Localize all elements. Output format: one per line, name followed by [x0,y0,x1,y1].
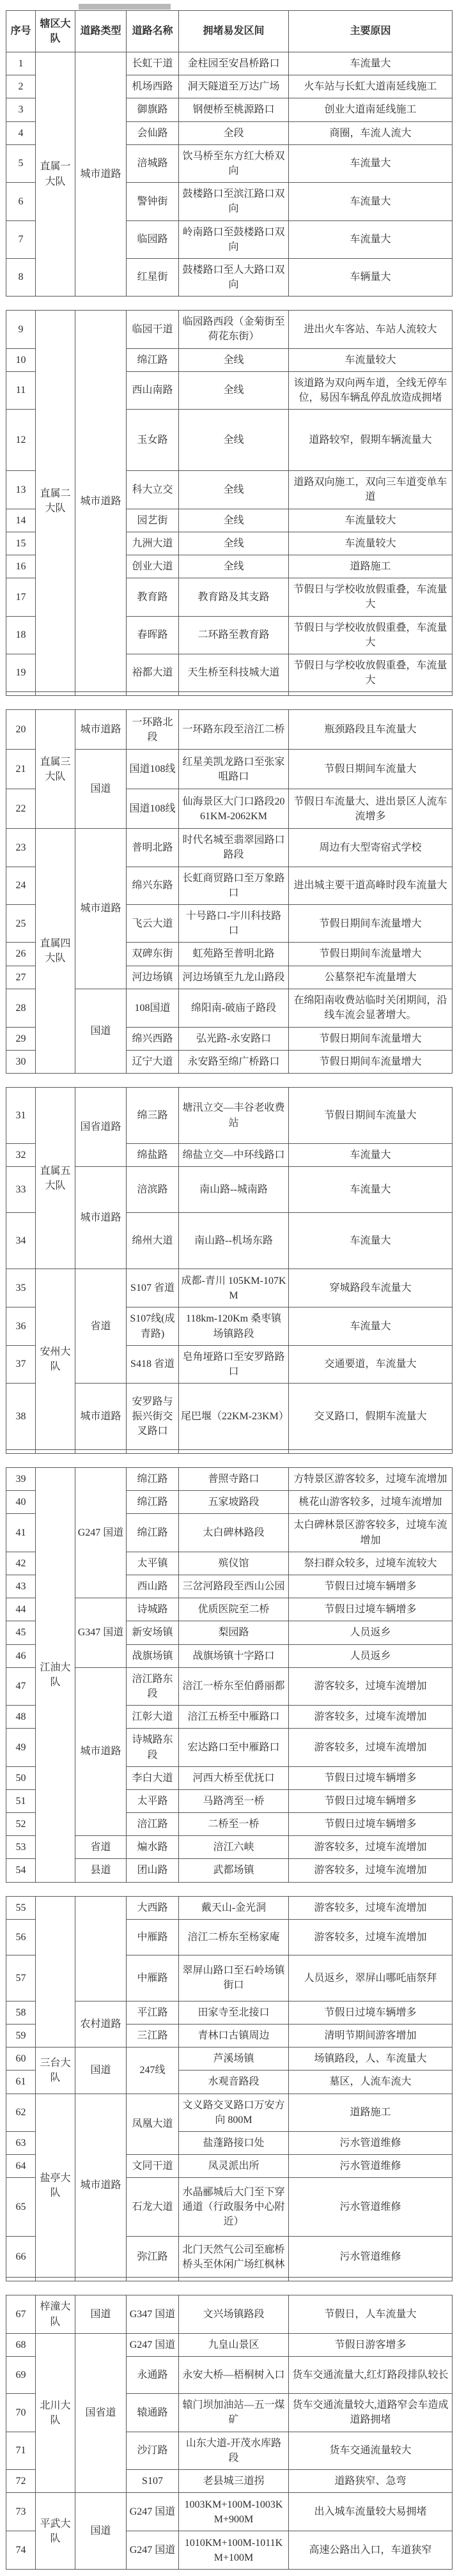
cell-road-name: 普明北路 [127,829,179,867]
cell-section: 南山路--城南路 [179,1167,289,1213]
empty-cell [127,2278,179,2281]
cell-reason: 道路狭窄、急弯 [289,2470,453,2493]
cell-reason: 场镇路段，人、车流量大 [289,2048,453,2071]
cell-no: 13 [6,471,36,509]
table-row: 73平武大队国道G247 国道1003KM+100M-1003KM+900M出入… [6,2493,453,2531]
cell-road-name: 涪滨路 [127,1167,179,1213]
cell-road-name: 科大立交 [127,471,179,509]
cell-no: 20 [6,710,36,750]
tables-container: 序号辖区大队道路类型道路名称拥堵易发区间主要原因1直属一大队城市道路长虹干道金柱… [6,10,457,2570]
congestion-report: 序号辖区大队道路类型道路名称拥堵易发区间主要原因1直属一大队城市道路长虹干道金柱… [0,0,457,2576]
cell-section: 全线 [179,509,289,532]
cell-reason: 方特景区游客较多，过境车流增加 [289,1468,453,1491]
cell-road-name: 飞云大道 [127,905,179,943]
cell-reason: 该道路为双向两车道，全线无停车位，易因车辆乱停乱放造成拥堵 [289,371,453,409]
cell-section: 塘汛立交—丰谷老收费站 [179,1088,289,1144]
cell-section: 三岔河路段至西山公园 [179,1575,289,1598]
cell-section: 1003KM+100M-1003KM+900M [179,2493,289,2531]
cell-section: 虹苑路至普明北路 [179,943,289,966]
cell-section: 尾巴堰（22KM-23KM） [179,1384,289,1450]
empty-cell [6,2278,36,2281]
cell-reason: 桃花山游客较多，过境车流增加 [289,1491,453,1514]
cell-type: 国省道路 [75,1088,127,1167]
cell-brigade: 直属二大队 [36,311,75,692]
cell-type: 城市道路 [75,311,127,692]
cell-reason: 人员返乡 [289,1644,453,1667]
cell-road-name: 裕都大道 [127,654,179,691]
cell-reason: 节假日游客增多 [289,2333,453,2356]
cell-brigade: 直属一大队 [36,52,75,297]
cell-road-name: 涪江路东段 [127,1667,179,1705]
cell-no: 6 [6,183,36,220]
cell-section: 绵阳南-破庙子路段 [179,989,289,1027]
cell-section: 凤灵派出所 [179,2155,289,2178]
cell-reason: 货车交通流量大,红灯路段排队较长 [289,2356,453,2393]
cell-road-name: 中雁路 [127,1955,179,2001]
empty-cell [75,1450,127,1454]
cell-no: 30 [6,1050,36,1073]
cell-section: 芦溪场镇 [179,2048,289,2071]
cell-no: 59 [6,2025,36,2048]
cell-no: 73 [6,2493,36,2531]
cell-section: 山东大道-开茂水库路段 [179,2432,289,2469]
cell-section: 优质医院至二桥 [179,1598,289,1621]
cell-section: 金柱园至安昌桥路口 [179,52,289,75]
cell-no: 15 [6,532,36,555]
cell-no: 42 [6,1552,36,1575]
cell-no: 67 [6,2295,36,2333]
empty-tail-row [6,2278,453,2281]
cell-road-name: 诗城路东段 [127,1729,179,1766]
cell-section: 北门天然气公司至廊桥桥头至休闲广场红枫林 [179,2237,289,2278]
cell-no: 3 [6,98,36,121]
cell-no: 65 [6,2178,36,2237]
cell-road-name: 太平路 [127,1789,179,1812]
cell-reason: 游客较多，过境车流增加 [289,1896,453,1919]
cell-section: 饮马桥至东方红大桥双向 [179,144,289,182]
cell-no: 18 [6,616,36,654]
cell-reason: 节假日与学校收放假重叠，车流量大 [289,654,453,691]
column-header: 主要原因 [289,11,453,52]
cell-section: 岭南路口至鼓楼路口双向 [179,220,289,258]
cell-road-name: 国道108线 [127,750,179,789]
cell-road-name: 绵州大道 [127,1213,179,1269]
cell-reason: 污水管道维修 [289,2131,453,2154]
cell-section: 时代名城至翡翠园路口路段 [179,829,289,867]
cell-section: 全线 [179,555,289,578]
cell-reason: 车流量大 [289,144,453,182]
empty-cell [289,2278,453,2281]
cell-road-name: 西山路 [127,1575,179,1598]
column-header: 道路名称 [127,11,179,52]
cell-reason: 节假日期间车流量大 [289,1088,453,1144]
empty-cell [127,1450,179,1454]
cell-section: 全段 [179,121,289,144]
cell-section: 全线 [179,532,289,555]
cell-reason: 游客较多，过境车流增加 [289,1919,453,1955]
cell-reason: 节假日过境车辆增多 [289,1766,453,1789]
cell-no: 68 [6,2333,36,2356]
cell-section: 戴天山-金光洞 [179,1896,289,1919]
empty-cell [127,692,179,696]
cell-no: 52 [6,1813,36,1836]
cell-type: 国道 [75,2048,127,2094]
cell-road-name: 春晖路 [127,616,179,654]
cell-road-name: G347 国道 [127,2295,179,2333]
cell-type: 国道 [75,2493,127,2570]
cell-section: 梨园路 [179,1621,289,1644]
cell-road-name: 江彰大道 [127,1706,179,1729]
cell-type: 国道 [75,989,127,1073]
cell-road-name: 247线 [127,2048,179,2094]
cell-reason: 节假日过境车辆增多 [289,2001,453,2024]
cell-no: 32 [6,1144,36,1167]
empty-cell [6,1450,36,1454]
cell-section: 青林口古镇周边 [179,2025,289,2048]
cell-no: 23 [6,829,36,867]
cell-no: 34 [6,1213,36,1269]
cell-brigade: 平武大队 [36,2493,75,2570]
cell-no: 63 [6,2131,36,2154]
cell-reason: 车流量大 [289,1144,453,1167]
cell-brigade: 盐亭大队 [36,2094,75,2278]
cell-reason: 车流量大 [289,183,453,220]
cell-section: 殡仪馆 [179,1552,289,1575]
column-header: 拥堵易发区间 [179,11,289,52]
cell-road-name: 李白大道 [127,1766,179,1789]
cell-reason: 污水管道维修 [289,2178,453,2237]
cell-section: 教育路及其支路 [179,578,289,616]
empty-tail-row [6,692,453,696]
cell-road-name: 绵三路 [127,1088,179,1144]
cell-reason: 车流量较大 [289,532,453,555]
cell-road-name: 临园干道 [127,311,179,348]
cell-section: 武都场镇 [179,1859,289,1882]
cell-brigade: 安州大队 [36,1269,75,1450]
cell-type: 省道 [75,1269,127,1384]
cell-no: 5 [6,144,36,182]
cell-reason: 商圈，车流人流大 [289,121,453,144]
cell-no: 71 [6,2432,36,2469]
table-row: 9直属二大队城市道路临园干道临园路西段（金菊街至荷花东街）进出火车客站、车站人流… [6,311,453,348]
cell-road-name: 团山路 [127,1859,179,1882]
cell-no: 7 [6,220,36,258]
cell-section: 涪江二桥东至杨家庵 [179,1919,289,1955]
cell-reason: 节假日期间车流量大 [289,750,453,789]
cell-road-name: 凤凰大道 [127,2094,179,2155]
cell-road-name: 绵江路 [127,1514,179,1552]
cell-type: G247 国道 [75,1468,127,1598]
cell-section: 九皇山景区 [179,2333,289,2356]
cell-road-name: 煸水路 [127,1836,179,1859]
empty-cell [36,1450,75,1454]
cell-reason: 祭扫群众较多，过境车流较大 [289,1552,453,1575]
cell-reason: 游客较多，过境车流增加 [289,1836,453,1859]
cell-road-name: S107 省道 [127,1269,179,1307]
cell-no: 4 [6,121,36,144]
cell-reason: 公墓祭祀车流量增大 [289,966,453,989]
cell-section: 五家坡路段 [179,1491,289,1514]
cell-section: 全线 [179,410,289,471]
cell-type: 县道 [75,1859,127,1882]
congestion-table-2: 9直属二大队城市道路临园干道临园路西段（金菊街至荷花东街）进出火车客站、车站人流… [6,310,453,696]
cell-reason: 车流量大 [289,1213,453,1269]
cell-reason: 节假日过境车辆增多 [289,1789,453,1812]
cell-no: 1 [6,52,36,75]
congestion-table-7: 67梓潼大队国道G347 国道文兴场镇路段节假日，人车流量大68北川大队国省道G… [6,2295,453,2570]
cell-section: 仙海景区大门口路段2061KM-2062KM [179,789,289,829]
cell-section: 辕门坝加油站—五一煤矿 [179,2393,289,2432]
cell-no: 25 [6,905,36,943]
cell-no: 64 [6,2155,36,2178]
cell-road-name: 绵兴东路 [127,867,179,904]
cell-type: G347 国道 [75,1598,127,1668]
cell-reason: 火车站与长虹大道南延线施工 [289,75,453,98]
cell-section: 涪江六峡 [179,1836,289,1859]
cell-type: 国道 [75,750,127,829]
cell-road-name: G247 国道 [127,2531,179,2570]
cell-section: 永安大桥—梧桐树入口 [179,2356,289,2393]
cell-road-name: 临园路 [127,220,179,258]
table-row: 62盐亭大队城市道路凤凰大道文义路交叉路口万安方向 800M道路施工 [6,2094,453,2131]
cell-reason: 交通要道，车流量大 [289,1345,453,1383]
cell-reason: 进出火车客站、车站人流较大 [289,311,453,348]
empty-cell [179,692,289,696]
cell-reason: 车流量较大 [289,348,453,371]
empty-cell [75,2278,127,2281]
cell-road-name: 中雁路 [127,1919,179,1955]
cell-road-name: 绵江路 [127,1468,179,1491]
cell-no: 36 [6,1307,36,1345]
cell-no: 66 [6,2237,36,2278]
cell-no: 51 [6,1789,36,1812]
cell-type [75,1896,127,2001]
cell-reason: 周边有大型寄宿式学校 [289,829,453,867]
cell-section: 全线 [179,371,289,409]
cell-no: 72 [6,2470,36,2493]
empty-cell [36,692,75,696]
cell-brigade: 北川大队 [36,2333,75,2493]
cell-no: 61 [6,2071,36,2094]
cell-no: 53 [6,1836,36,1859]
column-header: 道路类型 [75,11,127,52]
cell-reason: 道路较窄，假期车辆流量大 [289,410,453,471]
cell-road-name: 创业大道 [127,555,179,578]
table-row: 68北川大队国省道G247 国道九皇山景区节假日游客增多 [6,2333,453,2356]
cell-reason: 货车交通流量较大,道路窄会车造成道路拥堵 [289,2393,453,2432]
cell-section: 鼓楼路口至滨江路口双向 [179,183,289,220]
cell-road-name: 红星街 [127,258,179,296]
cell-road-name: 会仙路 [127,121,179,144]
table-row: 23直属四大队城市道路普明北路时代名城至翡翠园路口路段周边有大型寄宿式学校 [6,829,453,867]
cell-no: 54 [6,1859,36,1882]
cell-no: 62 [6,2094,36,2131]
cell-section: 临园路西段（金菊街至荷花东街） [179,311,289,348]
cell-road-name: 园艺街 [127,509,179,532]
cell-road-name: G247 国道 [127,2493,179,2531]
cell-no: 9 [6,311,36,348]
cell-road-name: 教育路 [127,578,179,616]
cell-no: 29 [6,1027,36,1050]
cell-reason: 太白碑林景区游客较多，过境车流增加 [289,1514,453,1552]
cell-reason: 交叉路口，假期车流量大 [289,1384,453,1450]
cell-reason: 穿城路段车流量大 [289,1269,453,1307]
cell-section: 宏达路口至中雁路口 [179,1729,289,1766]
cell-road-name: 河边场镇 [127,966,179,989]
cell-section: 天生桥至科技城大道 [179,654,289,691]
cell-no: 12 [6,410,36,471]
cell-section: 文义路交叉路口万安方向 800M [179,2094,289,2131]
cell-road-name: 双碑东街 [127,943,179,966]
cell-reason: 节假日过境车辆增多 [289,1575,453,1598]
cell-no: 17 [6,578,36,616]
cell-road-name: 太平镇 [127,1552,179,1575]
table-row: 67梓潼大队国道G347 国道文兴场镇路段节假日，人车流量大 [6,2295,453,2333]
cell-reason: 污水管道维修 [289,2155,453,2178]
cell-brigade [36,1896,75,2048]
cell-no: 69 [6,2356,36,2393]
cell-no: 35 [6,1269,36,1307]
cell-type: 城市道路 [75,2094,127,2278]
cell-section: 河西大桥至优抚口 [179,1766,289,1789]
cell-reason: 人员返乡，翠屏山哪吒庙祭拜 [289,1955,453,2001]
cell-reason: 节假日车流量大、进出景区人流车流增多 [289,789,453,829]
top-gray-bar [79,4,171,10]
cell-section: 二环路至教育路 [179,616,289,654]
cell-road-name: 九洲大道 [127,532,179,555]
cell-road-name: 战旗场镇 [127,1644,179,1667]
cell-section: 成都-青川 105KM-107KM [179,1269,289,1307]
cell-section: 普照寺路口 [179,1468,289,1491]
empty-tail-row [6,1450,453,1454]
cell-no: 47 [6,1667,36,1705]
cell-section: 水观音路段 [179,2071,289,2094]
cell-section: 洞天隧道至万达广场 [179,75,289,98]
cell-reason: 道路施工 [289,2094,453,2131]
cell-road-name: 国道108线 [127,789,179,829]
cell-no: 55 [6,1896,36,1919]
cell-road-name: G247 国道 [127,2333,179,2356]
cell-reason: 游客较多，过境车流增加 [289,1729,453,1766]
empty-cell [75,692,127,696]
cell-no: 45 [6,1621,36,1644]
cell-section: 全线 [179,348,289,371]
cell-road-name: 绵江路 [127,1491,179,1514]
cell-no: 40 [6,1491,36,1514]
cell-section: 水晶郦城后大门至下穿通道（行政服务中心附近） [179,2178,289,2237]
cell-section: 红星美凯龙路口至张家咀路口 [179,750,289,789]
cell-road-name: 长虹干道 [127,52,179,75]
cell-reason: 污水管道维修 [289,2237,453,2278]
cell-type: 城市道路 [75,1384,127,1450]
cell-road-name: 弥江路 [127,2237,179,2278]
cell-reason: 墓区，人流车流大 [289,2071,453,2094]
cell-no: 37 [6,1345,36,1383]
cell-reason: 游客较多，过境车流增加 [289,1667,453,1705]
cell-brigade: 直属五大队 [36,1088,75,1269]
cell-section: 盐蓬路接口处 [179,2131,289,2154]
cell-type: 城市道路 [75,52,127,297]
cell-no: 2 [6,75,36,98]
cell-section: 涪江一桥东至伯爵丽都 [179,1667,289,1705]
cell-type: 城市道路 [75,710,127,750]
cell-reason: 节假日过境车辆增多 [289,1813,453,1836]
cell-section: 长虹商贸路口至万象路口 [179,867,289,904]
table-row: 31直属五大队国省道路绵三路塘汛立交—丰谷老收费站节假日期间车流量大 [6,1088,453,1144]
cell-road-name: 一环路北段 [127,710,179,750]
cell-brigade: 江油大队 [36,1468,75,1883]
cell-road-name: 辕通路 [127,2393,179,2432]
cell-road-name: 涪江路 [127,1813,179,1836]
cell-road-name: 玉女路 [127,410,179,471]
cell-section: 皂角垭路口至安罗路路口 [179,1345,289,1383]
cell-road-name: 安罗路与振兴街交叉路口 [127,1384,179,1450]
cell-type: 国省道 [75,2333,127,2493]
cell-no: 46 [6,1644,36,1667]
cell-road-name: S107线(成青路) [127,1307,179,1345]
column-header: 序号 [6,11,36,52]
cell-road-name: 御旗路 [127,98,179,121]
cell-road-name: 文同干道 [127,2155,179,2178]
cell-road-name: 绵兴西路 [127,1027,179,1050]
cell-road-name: 机场西路 [127,75,179,98]
cell-reason: 人员返乡 [289,1621,453,1644]
congestion-table-3: 20直属三大队城市道路一环路北段一环路东段至涪江二桥瓶颈路段且车流量大21国道国… [6,709,453,1074]
cell-no: 57 [6,1955,36,2001]
cell-section: 全线 [179,471,289,509]
cell-section: 钢便桥至桃源路口 [179,98,289,121]
cell-no: 70 [6,2393,36,2432]
cell-no: 60 [6,2048,36,2071]
cell-brigade: 直属四大队 [36,829,75,1074]
table-row: 55大西路戴天山-金光洞游客较多，过境车流增加 [6,1896,453,1919]
empty-cell [36,2278,75,2281]
cell-reason: 车流量大 [289,1167,453,1213]
cell-section: 南山路--机场东路 [179,1213,289,1269]
cell-reason: 节假日期间车流量增大 [289,943,453,966]
cell-no: 38 [6,1384,36,1450]
cell-no: 43 [6,1575,36,1598]
cell-section: 河边场镇至九龙山路段 [179,966,289,989]
empty-cell [289,692,453,696]
cell-reason: 车流量较大 [289,509,453,532]
cell-reason: 车流量大 [289,52,453,75]
table-row: 20直属三大队城市道路一环路北段一环路东段至涪江二桥瓶颈路段且车流量大 [6,710,453,750]
cell-reason: 节假日期间车流量增大 [289,1027,453,1050]
cell-reason: 游客较多，过境车流增加 [289,1706,453,1729]
cell-type: 省道 [75,1836,127,1859]
cell-road-name: 绵盐路 [127,1144,179,1167]
cell-reason: 高速公路出入口，车道狭窄 [289,2531,453,2570]
cell-section: 鼓楼路口至人大路口双向 [179,258,289,296]
cell-road-name: 辽宁大道 [127,1050,179,1073]
cell-section: 马路湾至一桥 [179,1789,289,1812]
cell-no: 44 [6,1598,36,1621]
cell-no: 14 [6,509,36,532]
cell-reason: 货车交通流量较大 [289,2432,453,2469]
cell-no: 31 [6,1088,36,1144]
cell-road-name: 三江路 [127,2025,179,2048]
cell-section: 1010KM+100M-1011KM+100M [179,2531,289,2570]
cell-reason: 车辆量大 [289,258,453,296]
empty-cell [179,1450,289,1454]
cell-no: 16 [6,555,36,578]
cell-road-name: 沙汀路 [127,2432,179,2469]
cell-road-name: 新安场镇 [127,1621,179,1644]
cell-brigade: 三台大队 [36,2048,75,2094]
cell-reason: 节假日与学校收放假重叠，车流量大 [289,616,453,654]
cell-road-name: 石龙大道 [127,2178,179,2237]
